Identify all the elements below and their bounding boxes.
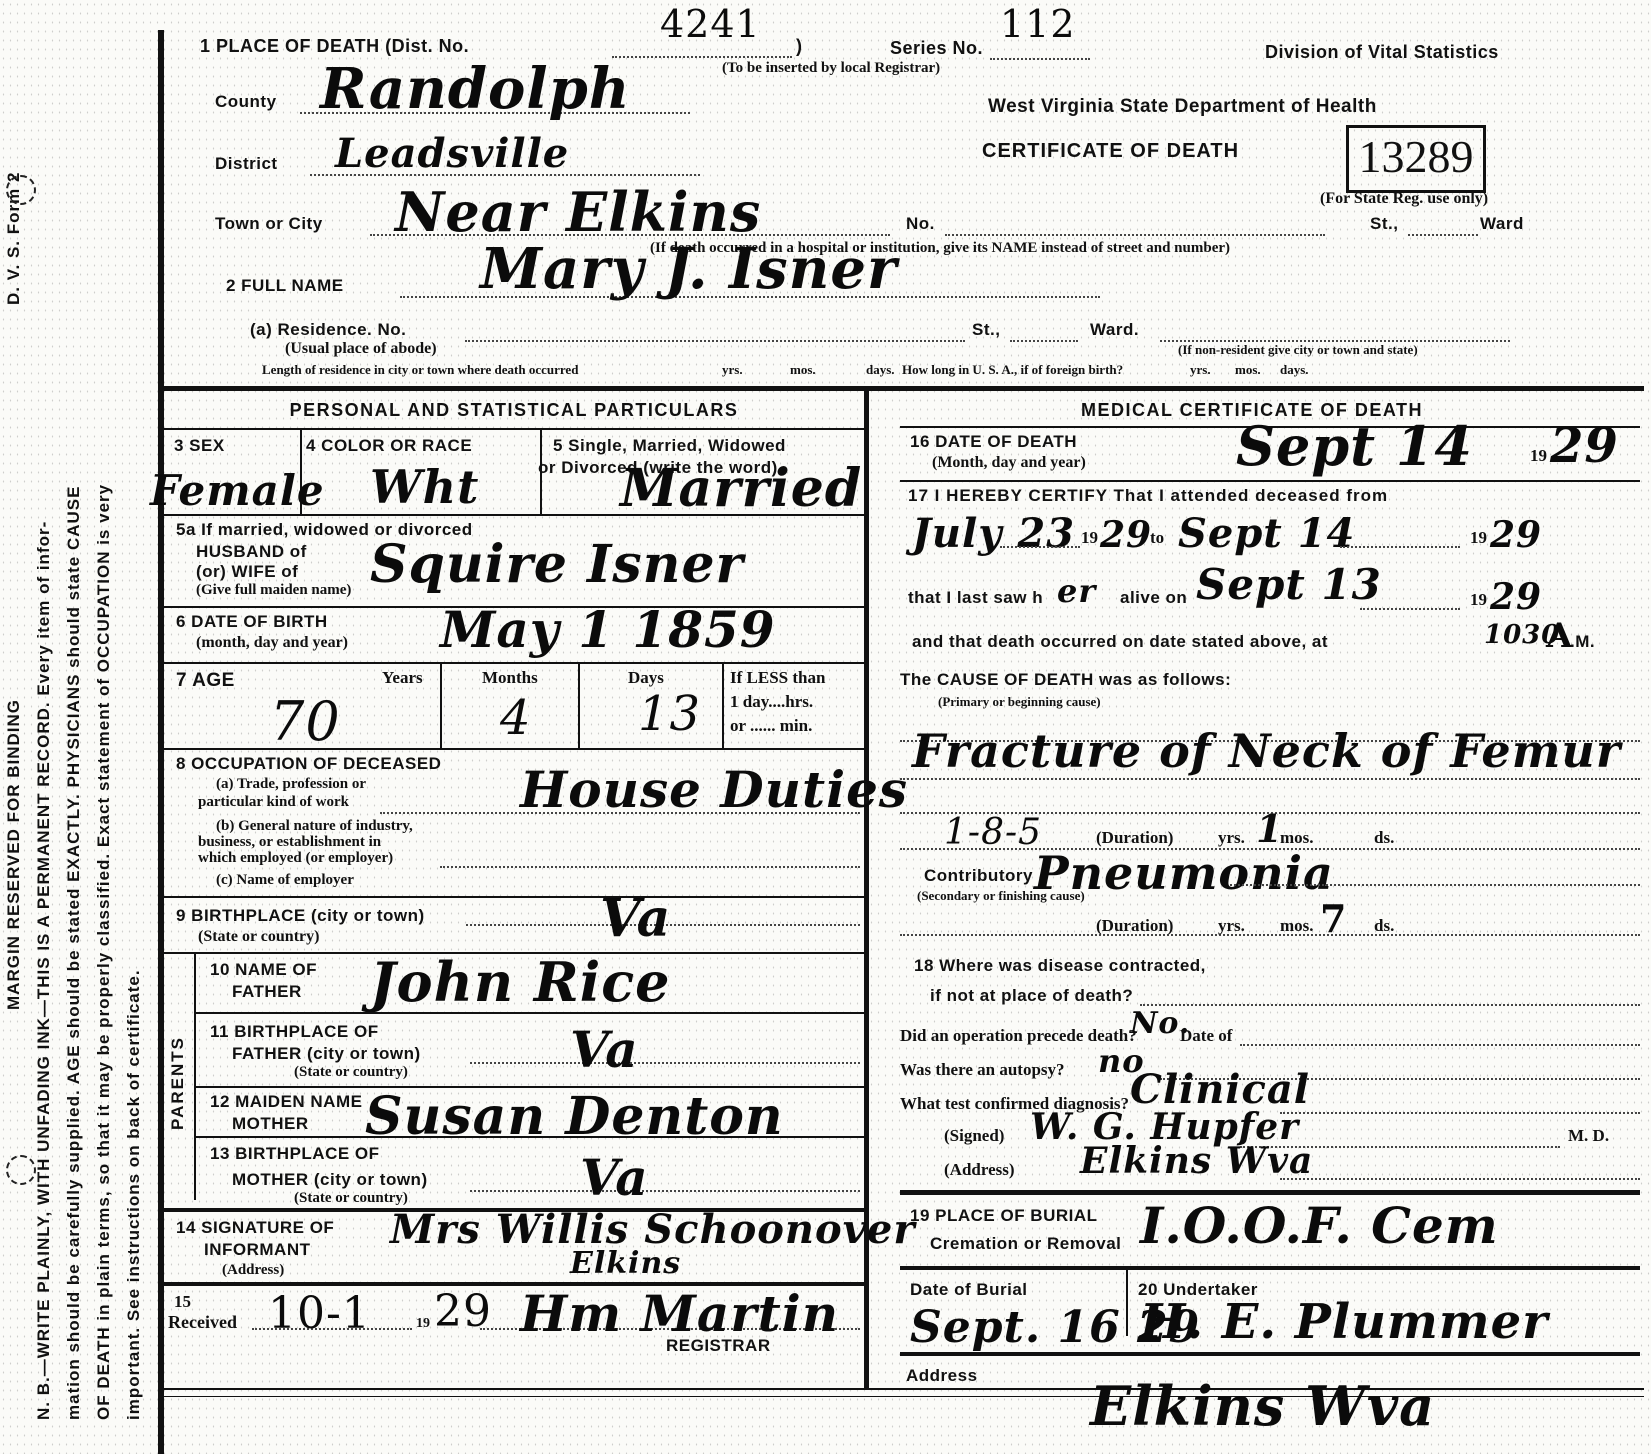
length-mos-label: mos. [790, 362, 816, 378]
department-label: West Virginia State Department of Health [988, 96, 1377, 118]
informant-address-value[interactable]: Elkins [570, 1246, 681, 1281]
margin-instruction-4: important. See instructions on back of c… [124, 969, 144, 1420]
physician-address-line [1280, 1178, 1640, 1180]
sex-label: 3 SEX [174, 436, 225, 456]
street-no-line [945, 234, 1325, 236]
operation-date-label: Date of [1180, 1026, 1232, 1046]
dist-no-line [612, 56, 792, 58]
certify-label: 17 I HEREBY CERTIFY That I attended dece… [908, 486, 1388, 506]
marital-value[interactable]: Married [620, 458, 862, 519]
birthplace-sub: (State or country) [198, 928, 319, 946]
undertaker-address-label: Address [906, 1366, 978, 1386]
cell-divider [578, 662, 580, 748]
state-reg-note: (For State Reg. use only) [1320, 190, 1488, 208]
burial-place-value[interactable]: I.O.O.F. Cem [1140, 1196, 1499, 1255]
row-divider [194, 1136, 864, 1138]
contributory-label: Contributory [924, 866, 1033, 886]
row-divider [164, 896, 864, 898]
informant-label-3: (Address) [222, 1262, 284, 1279]
cause-label: The CAUSE OF DEATH was as follows: [900, 670, 1231, 690]
less-than-label-3: or ...... min. [730, 716, 812, 736]
dob-value[interactable]: May 1 1859 [440, 600, 776, 659]
parents-divider [194, 952, 196, 1200]
certificate-title: CERTIFICATE OF DEATH [982, 140, 1239, 163]
primary-note-value[interactable]: 1-8-5 [944, 812, 1042, 853]
seal-icon [6, 175, 36, 205]
spouse-label-3: (or) WIFE of [196, 562, 298, 582]
residence-sub: (Usual place of abode) [285, 340, 437, 358]
row-divider [164, 428, 864, 430]
attended-from-line [1000, 546, 1080, 548]
row-divider [900, 1266, 1640, 1270]
residence-st-label: St., [972, 320, 1000, 340]
birthplace-label: 9 BIRTHPLACE (city or town) [176, 906, 425, 926]
age-days-value[interactable]: 13 [638, 686, 701, 742]
father-label-2: FATHER [232, 982, 302, 1002]
father-birthplace-label-2: FATHER (city or town) [232, 1044, 421, 1064]
last-saw-year-prefix: 19 [1470, 590, 1487, 610]
margin-instruction-2: mation should be carefully supplied. AGE… [64, 486, 84, 1421]
undertaker-address-value[interactable]: Elkins Wva [1090, 1374, 1435, 1438]
county-value[interactable]: Randolph [320, 56, 630, 122]
contributory-duration-label: (Duration) [1096, 916, 1173, 936]
contracted-label-2: if not at place of death? [930, 986, 1133, 1006]
row-divider [164, 662, 864, 664]
burial-date-label: Date of Burial [910, 1280, 1028, 1300]
death-occurred-label: and that death occurred on date stated a… [912, 632, 1328, 652]
primary-sub: (Primary or beginning cause) [938, 694, 1101, 710]
last-saw-date-value[interactable]: Sept 13 [1196, 560, 1382, 609]
cell-divider [722, 662, 724, 748]
physician-address-value[interactable]: Elkins Wva [1080, 1140, 1313, 1182]
informant-label-2: INFORMANT [204, 1240, 310, 1260]
mother-label-2: MOTHER [232, 1114, 309, 1134]
father-birthplace-sub: (State or country) [294, 1064, 408, 1081]
foreign-mos-label: mos. [1235, 362, 1261, 378]
attended-from-year-prefix: 19 [1081, 528, 1098, 548]
foreign-days-label: days. [1280, 362, 1309, 378]
spouse-label-2: HUSBAND of [196, 542, 307, 562]
full-name-value[interactable]: Mary J. Isner [480, 236, 898, 302]
section-divider [164, 386, 1644, 391]
alive-on-label: alive on [1120, 588, 1187, 608]
row-divider [194, 1012, 864, 1014]
town-label: Town or City [215, 214, 323, 234]
father-birthplace-line [470, 1062, 860, 1064]
age-months-value[interactable]: 4 [500, 690, 532, 746]
primary-duration-ds: ds. [1374, 828, 1394, 848]
paren-close: ) [796, 36, 802, 57]
registrar-label: REGISTRAR [666, 1336, 771, 1356]
residence-ward-label: Ward. [1090, 320, 1139, 340]
row-divider [164, 748, 864, 750]
contracted-label-1: 18 Where was disease contracted, [914, 956, 1206, 976]
length-yrs-label: yrs. [722, 362, 743, 378]
length-residence-label: Length of residence in city or town wher… [262, 362, 578, 378]
race-label: 4 COLOR OR RACE [306, 436, 472, 456]
series-no-label: Series No. [890, 38, 983, 59]
nonresident-note: (If non-resident give city or town and s… [1178, 342, 1418, 358]
father-value[interactable]: John Rice [370, 950, 671, 1014]
division-label: Division of Vital Statistics [1265, 42, 1499, 63]
mother-birthplace-value[interactable]: Va [580, 1148, 649, 1207]
father-birthplace-label-1: 11 BIRTHPLACE OF [210, 1022, 379, 1042]
occupation-a-2: particular kind of work [198, 794, 349, 811]
cell-divider [440, 662, 442, 748]
row-divider [900, 480, 1640, 482]
undertaker-value[interactable]: H. E. Plummer [1140, 1294, 1548, 1350]
place-of-death-label: 1 PLACE OF DEATH (Dist. No. [200, 36, 469, 57]
registrar-value[interactable]: Hm Martin [520, 1284, 839, 1343]
occupation-b-1: (b) General nature of industry, [216, 818, 413, 835]
row-divider [900, 1352, 1640, 1356]
dob-label: 6 DATE OF BIRTH [176, 612, 328, 632]
dod-label: 16 DATE OF DEATH [910, 432, 1077, 452]
dod-year-prefix: 19 [1530, 446, 1547, 466]
certificate-number: 13289 [1346, 125, 1486, 193]
occupation-c: (c) Name of employer [216, 872, 354, 889]
dod-sub: (Month, day and year) [932, 454, 1086, 472]
days-label: Days [628, 668, 664, 688]
occupation-b-2: business, or establishment in [198, 834, 381, 851]
age-label: 7 AGE [176, 670, 235, 692]
town-value[interactable]: Near Elkins [395, 180, 761, 244]
margin-instruction-1: N. B.—WRITE PLAINLY, WITH UNFADING INK—T… [34, 521, 54, 1420]
full-name-label: 2 FULL NAME [226, 276, 344, 296]
attended-from-year-value[interactable]: 29 [1100, 514, 1152, 556]
form-border [158, 30, 164, 1454]
employer-line [440, 866, 860, 868]
mother-label-1: 12 MAIDEN NAME [210, 1092, 362, 1112]
contributory-duration-yrs: yrs. [1218, 916, 1245, 936]
occupation-label: 8 OCCUPATION OF DECEASED [176, 754, 441, 774]
foreign-yrs-label: yrs. [1190, 362, 1211, 378]
primary-cause-value[interactable]: Fracture of Neck of Femur [912, 724, 1621, 778]
spouse-value[interactable]: Squire Isner [370, 534, 744, 595]
mother-birthplace-line [470, 1190, 860, 1192]
foreign-birth-label: How long in U. S. A., if of foreign birt… [902, 362, 1123, 378]
attended-to-year-prefix: 19 [1470, 528, 1487, 548]
informant-label-1: 14 SIGNATURE OF [176, 1218, 334, 1238]
time-m-label: .M. [1570, 632, 1595, 652]
last-saw-year-value[interactable]: 29 [1490, 576, 1542, 618]
residence-label: (a) Residence. No. [250, 320, 406, 340]
primary-line-2 [900, 778, 1640, 780]
less-than-label-1: If LESS than [730, 668, 825, 688]
md-label: M. D. [1568, 1126, 1609, 1146]
personal-section-title: PERSONAL AND STATISTICAL PARTICULARS [164, 400, 864, 421]
contributory-line [1230, 884, 1640, 886]
mother-birthplace-label-1: 13 BIRTHPLACE OF [210, 1144, 380, 1164]
ward-label: Ward [1480, 214, 1524, 234]
row-divider [900, 1190, 1640, 1195]
sex-value[interactable]: Female [150, 466, 325, 515]
test-line [1280, 1112, 1640, 1114]
primary-duration-yrs: yrs. [1218, 828, 1245, 848]
contributory-duration-ds-value[interactable]: 7 [1320, 896, 1347, 941]
attended-from-value[interactable]: July 23 [912, 510, 1075, 557]
spouse-label-4: (Give full maiden name) [196, 582, 351, 599]
mother-birthplace-label-2: MOTHER (city or town) [232, 1170, 428, 1190]
dist-no-value[interactable]: 4241 [660, 2, 761, 46]
margin-binding-note: MARGIN RESERVED FOR BINDING [4, 699, 24, 1010]
burial-label-2: Cremation or Removal [930, 1234, 1121, 1254]
age-years-value[interactable]: 70 [270, 690, 341, 753]
dob-sub: (month, day and year) [196, 634, 348, 652]
primary-duration-label: (Duration) [1096, 828, 1173, 848]
father-label-1: 10 NAME OF [210, 960, 317, 980]
less-than-label-2: 1 day....hrs. [730, 692, 813, 712]
to-label: to [1150, 528, 1164, 548]
district-value[interactable]: Leadsville [335, 130, 569, 177]
st-line [1408, 234, 1478, 236]
physician-address-label: (Address) [944, 1160, 1015, 1180]
received-year-prefix: 19 [416, 1316, 430, 1332]
father-birthplace-value[interactable]: Va [570, 1020, 639, 1079]
attended-to-line [1340, 546, 1460, 548]
signed-label: (Signed) [944, 1126, 1004, 1146]
county-label: County [215, 92, 277, 112]
birthplace-value[interactable]: Va [600, 888, 671, 949]
received-label: Received [168, 1312, 237, 1333]
mother-birthplace-sub: (State or country) [294, 1190, 408, 1207]
length-days-label: days. [866, 362, 895, 378]
dod-value[interactable]: Sept 14 [1236, 414, 1473, 478]
attended-to-value[interactable]: Sept 14 [1178, 510, 1355, 557]
district-label: District [215, 154, 278, 174]
contributory-duration-ds: ds. [1374, 916, 1394, 936]
margin-instruction-3: OF DEATH in plain terms, so that it may … [94, 484, 114, 1420]
burial-label-1: 19 PLACE OF BURIAL [910, 1206, 1098, 1226]
attended-to-year-value[interactable]: 29 [1490, 514, 1542, 556]
received-date-value[interactable]: 10-1 [268, 1288, 371, 1339]
contributory-sub: (Secondary or finishing cause) [917, 888, 1085, 904]
death-certificate: MARGIN RESERVED FOR BINDING D. V. S. For… [0, 0, 1651, 1454]
last-saw-pronoun-value[interactable]: er [1057, 572, 1096, 610]
series-no-line [990, 58, 1090, 60]
last-saw-line [1360, 608, 1460, 610]
residence-line [465, 340, 965, 342]
months-label: Months [482, 668, 538, 688]
dod-year-value[interactable]: 29 [1550, 418, 1619, 474]
parents-label: PARENTS [168, 1036, 188, 1130]
registrar-note: (To be inserted by local Registrar) [722, 60, 940, 77]
operation-date-line [1240, 1044, 1640, 1046]
residence-st-line [1010, 340, 1078, 342]
autopsy-label: Was there an autopsy? [900, 1060, 1065, 1080]
contributory-duration-line [900, 934, 1640, 936]
row-divider [164, 514, 864, 516]
race-value[interactable]: Wht [370, 460, 479, 514]
occupation-value[interactable]: House Duties [520, 760, 908, 819]
street-no-label: No. [906, 214, 935, 234]
contributory-duration-mos: mos. [1280, 916, 1314, 936]
series-no-value[interactable]: 112 [1000, 2, 1076, 46]
contracted-line [1140, 1004, 1640, 1006]
last-saw-label: that I last saw h [908, 588, 1043, 608]
occupation-a-1: (a) Trade, profession or [216, 776, 366, 793]
received-number: 15 [174, 1292, 191, 1312]
occupation-b-3: which employed (or employer) [198, 850, 393, 867]
seal-icon [6, 1155, 36, 1185]
primary-duration-mos: mos. [1280, 828, 1314, 848]
years-label: Years [382, 668, 423, 688]
street-label: St., [1370, 214, 1398, 234]
marital-label-1: 5 Single, Married, Widowed [553, 436, 786, 456]
